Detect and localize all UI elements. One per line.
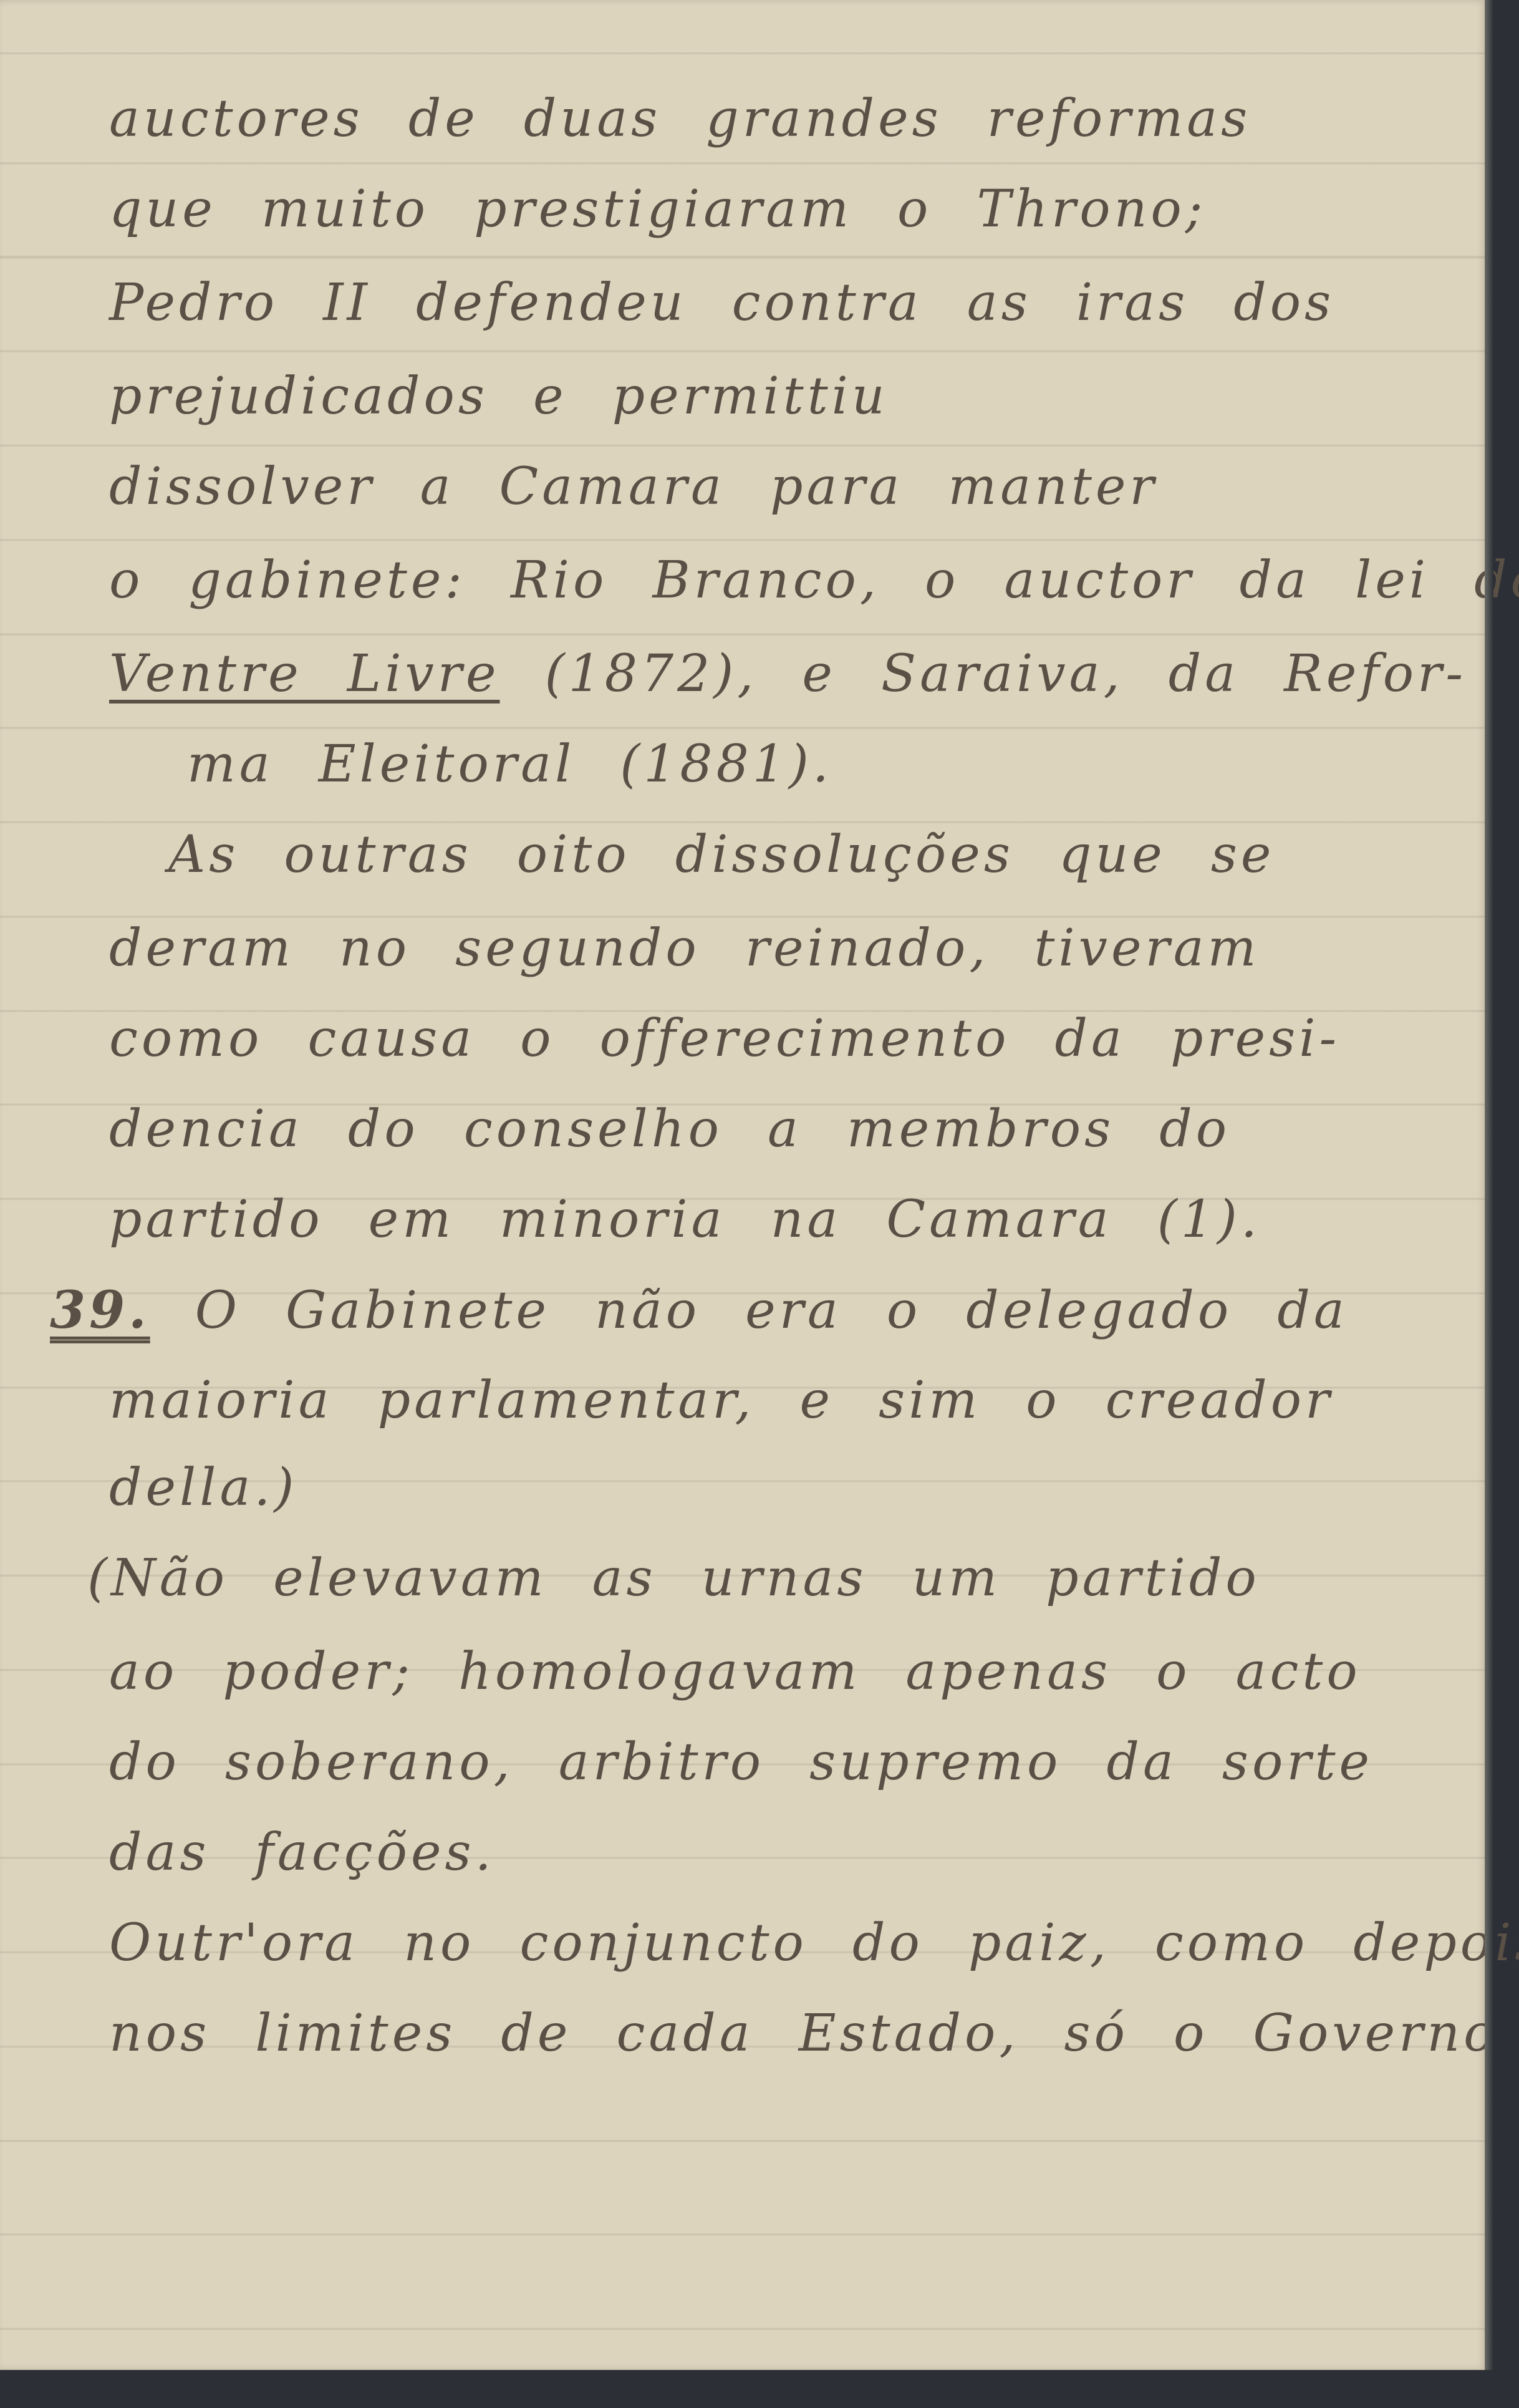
- text-line: como causa o offerecimento da presi-: [109, 1013, 1450, 1065]
- text-fragment: O Gabinete não era o delegado da: [195, 1281, 1348, 1340]
- underlined-term: Ventre Livre: [109, 644, 500, 704]
- text-fragment: (1872), e Saraiva, da Refor-: [545, 644, 1467, 704]
- text-line: que muito prestigiaram o Throno;: [109, 184, 1450, 235]
- text-line: partido em minoria na Camara (1).: [109, 1194, 1450, 1245]
- text-line: maioria parlamentar, e sim o creador: [109, 1375, 1450, 1426]
- text-line: do soberano, arbitro supremo da sorte: [109, 1737, 1450, 1788]
- text-line: della.): [109, 1463, 1450, 1514]
- section-heading-line: 39. O Gabinete não era o delegado da: [50, 1285, 1450, 1337]
- text-line: auctores de duas grandes reformas: [109, 94, 1450, 145]
- text-line: das facções.: [109, 1827, 1450, 1879]
- section-number: 39.: [50, 1280, 150, 1340]
- text-line: nos limites de cada Estado, só o Governo: [109, 2008, 1450, 2059]
- text-line: dissolver a Camara para manter: [109, 462, 1450, 513]
- text-line: Outr'ora no conjuncto do paiz, como depo…: [109, 1918, 1450, 1969]
- text-line: o gabinete: Rio Branco, o auctor da lei …: [109, 555, 1450, 606]
- text-line: prejudicados e permittiu: [109, 371, 1450, 422]
- text-line: deram no segundo reinado, tiveram: [109, 923, 1450, 974]
- text-line: ao poder; homologavam apenas o acto: [109, 1646, 1450, 1698]
- text-line: As outras oito dissoluções que se: [168, 829, 1450, 881]
- text-line: Ventre Livre (1872), e Saraiva, da Refor…: [109, 649, 1450, 700]
- manuscript-page: auctores de duas grandes reformas que mu…: [0, 0, 1487, 2370]
- text-line: ma Eleitoral (1881).: [187, 739, 1450, 790]
- text-line: (Não elevavam as urnas um partido: [87, 1553, 1450, 1604]
- text-line: dencia do conselho a membros do: [109, 1104, 1450, 1155]
- text-line: Pedro II defendeu contra as iras dos: [109, 278, 1450, 329]
